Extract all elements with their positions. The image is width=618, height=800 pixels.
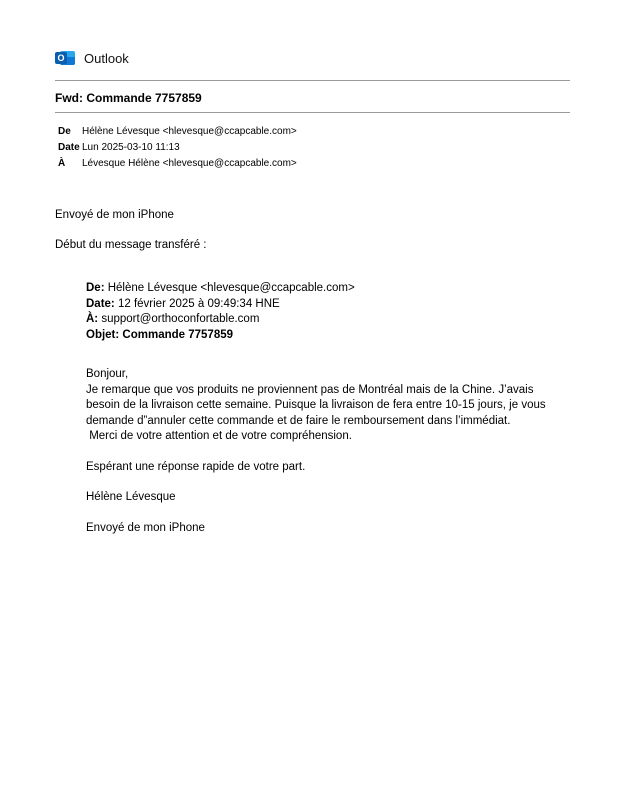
meta-from-label: De bbox=[58, 124, 82, 140]
meta-from-row: De Hélène Lévesque <hlevesque@ccapcable.… bbox=[58, 124, 297, 140]
email-subject: Fwd: Commande 7757859 bbox=[55, 91, 202, 105]
outlook-logo-icon: O bbox=[55, 49, 75, 67]
meta-date-value: Lun 2025-03-10 11:13 bbox=[82, 140, 180, 156]
message-sent-from: Envoyé de mon iPhone bbox=[86, 521, 546, 537]
meta-from-value: Hélène Lévesque <hlevesque@ccapcable.com… bbox=[82, 124, 297, 140]
message-greeting: Bonjour, bbox=[86, 367, 546, 383]
fwd-from-label: De: bbox=[86, 282, 105, 294]
message-signature: Hélène Lévesque bbox=[86, 490, 546, 506]
fwd-subject-row: Objet: Commande 7757859 bbox=[86, 328, 355, 344]
fwd-subject-label: Objet: bbox=[86, 329, 119, 341]
fwd-subject-value: Commande 7757859 bbox=[119, 329, 233, 341]
fwd-date-value: 12 février 2025 à 09:49:34 HNE bbox=[115, 298, 280, 310]
message-line-3: demande d”annuler cette commande et de f… bbox=[86, 414, 546, 430]
fwd-from-row: De: Hélène Lévesque <hlevesque@ccapcable… bbox=[86, 281, 355, 297]
message-closing: Espérant une réponse rapide de votre par… bbox=[86, 460, 546, 476]
meta-to-row: À Lévesque Hélène <hlevesque@ccapcable.c… bbox=[58, 156, 297, 172]
fwd-to-row: À: support@orthoconfortable.com bbox=[86, 312, 355, 328]
sent-from-text: Envoyé de mon iPhone bbox=[55, 209, 174, 221]
meta-to-value: Lévesque Hélène <hlevesque@ccapcable.com… bbox=[82, 156, 297, 172]
meta-date-row: Date Lun 2025-03-10 11:13 bbox=[58, 140, 297, 156]
divider-top bbox=[55, 80, 570, 81]
message-line-2: besoin de la livraison cette semaine. Pu… bbox=[86, 398, 546, 414]
meta-to-label: À bbox=[58, 156, 82, 172]
divider-bottom bbox=[55, 112, 570, 113]
app-title: Outlook bbox=[84, 51, 129, 66]
forwarded-header: De: Hélène Lévesque <hlevesque@ccapcable… bbox=[86, 281, 355, 343]
meta-date-label: Date bbox=[58, 140, 82, 156]
email-meta: De Hélène Lévesque <hlevesque@ccapcable.… bbox=[58, 124, 297, 172]
message-body: Bonjour, Je remarque que vos produits ne… bbox=[86, 367, 546, 536]
fwd-date-label: Date: bbox=[86, 298, 115, 310]
fwd-to-label: À: bbox=[86, 313, 98, 325]
fwd-from-value: Hélène Lévesque <hlevesque@ccapcable.com… bbox=[105, 282, 355, 294]
message-line-4: Merci de votre attention et de votre com… bbox=[86, 429, 546, 445]
fwd-date-row: Date: 12 février 2025 à 09:49:34 HNE bbox=[86, 297, 355, 313]
message-line-1: Je remarque que vos produits ne provienn… bbox=[86, 383, 546, 399]
forward-intro-text: Début du message transféré : bbox=[55, 239, 207, 251]
fwd-to-value: support@orthoconfortable.com bbox=[98, 313, 259, 325]
app-header: O Outlook bbox=[55, 49, 129, 67]
